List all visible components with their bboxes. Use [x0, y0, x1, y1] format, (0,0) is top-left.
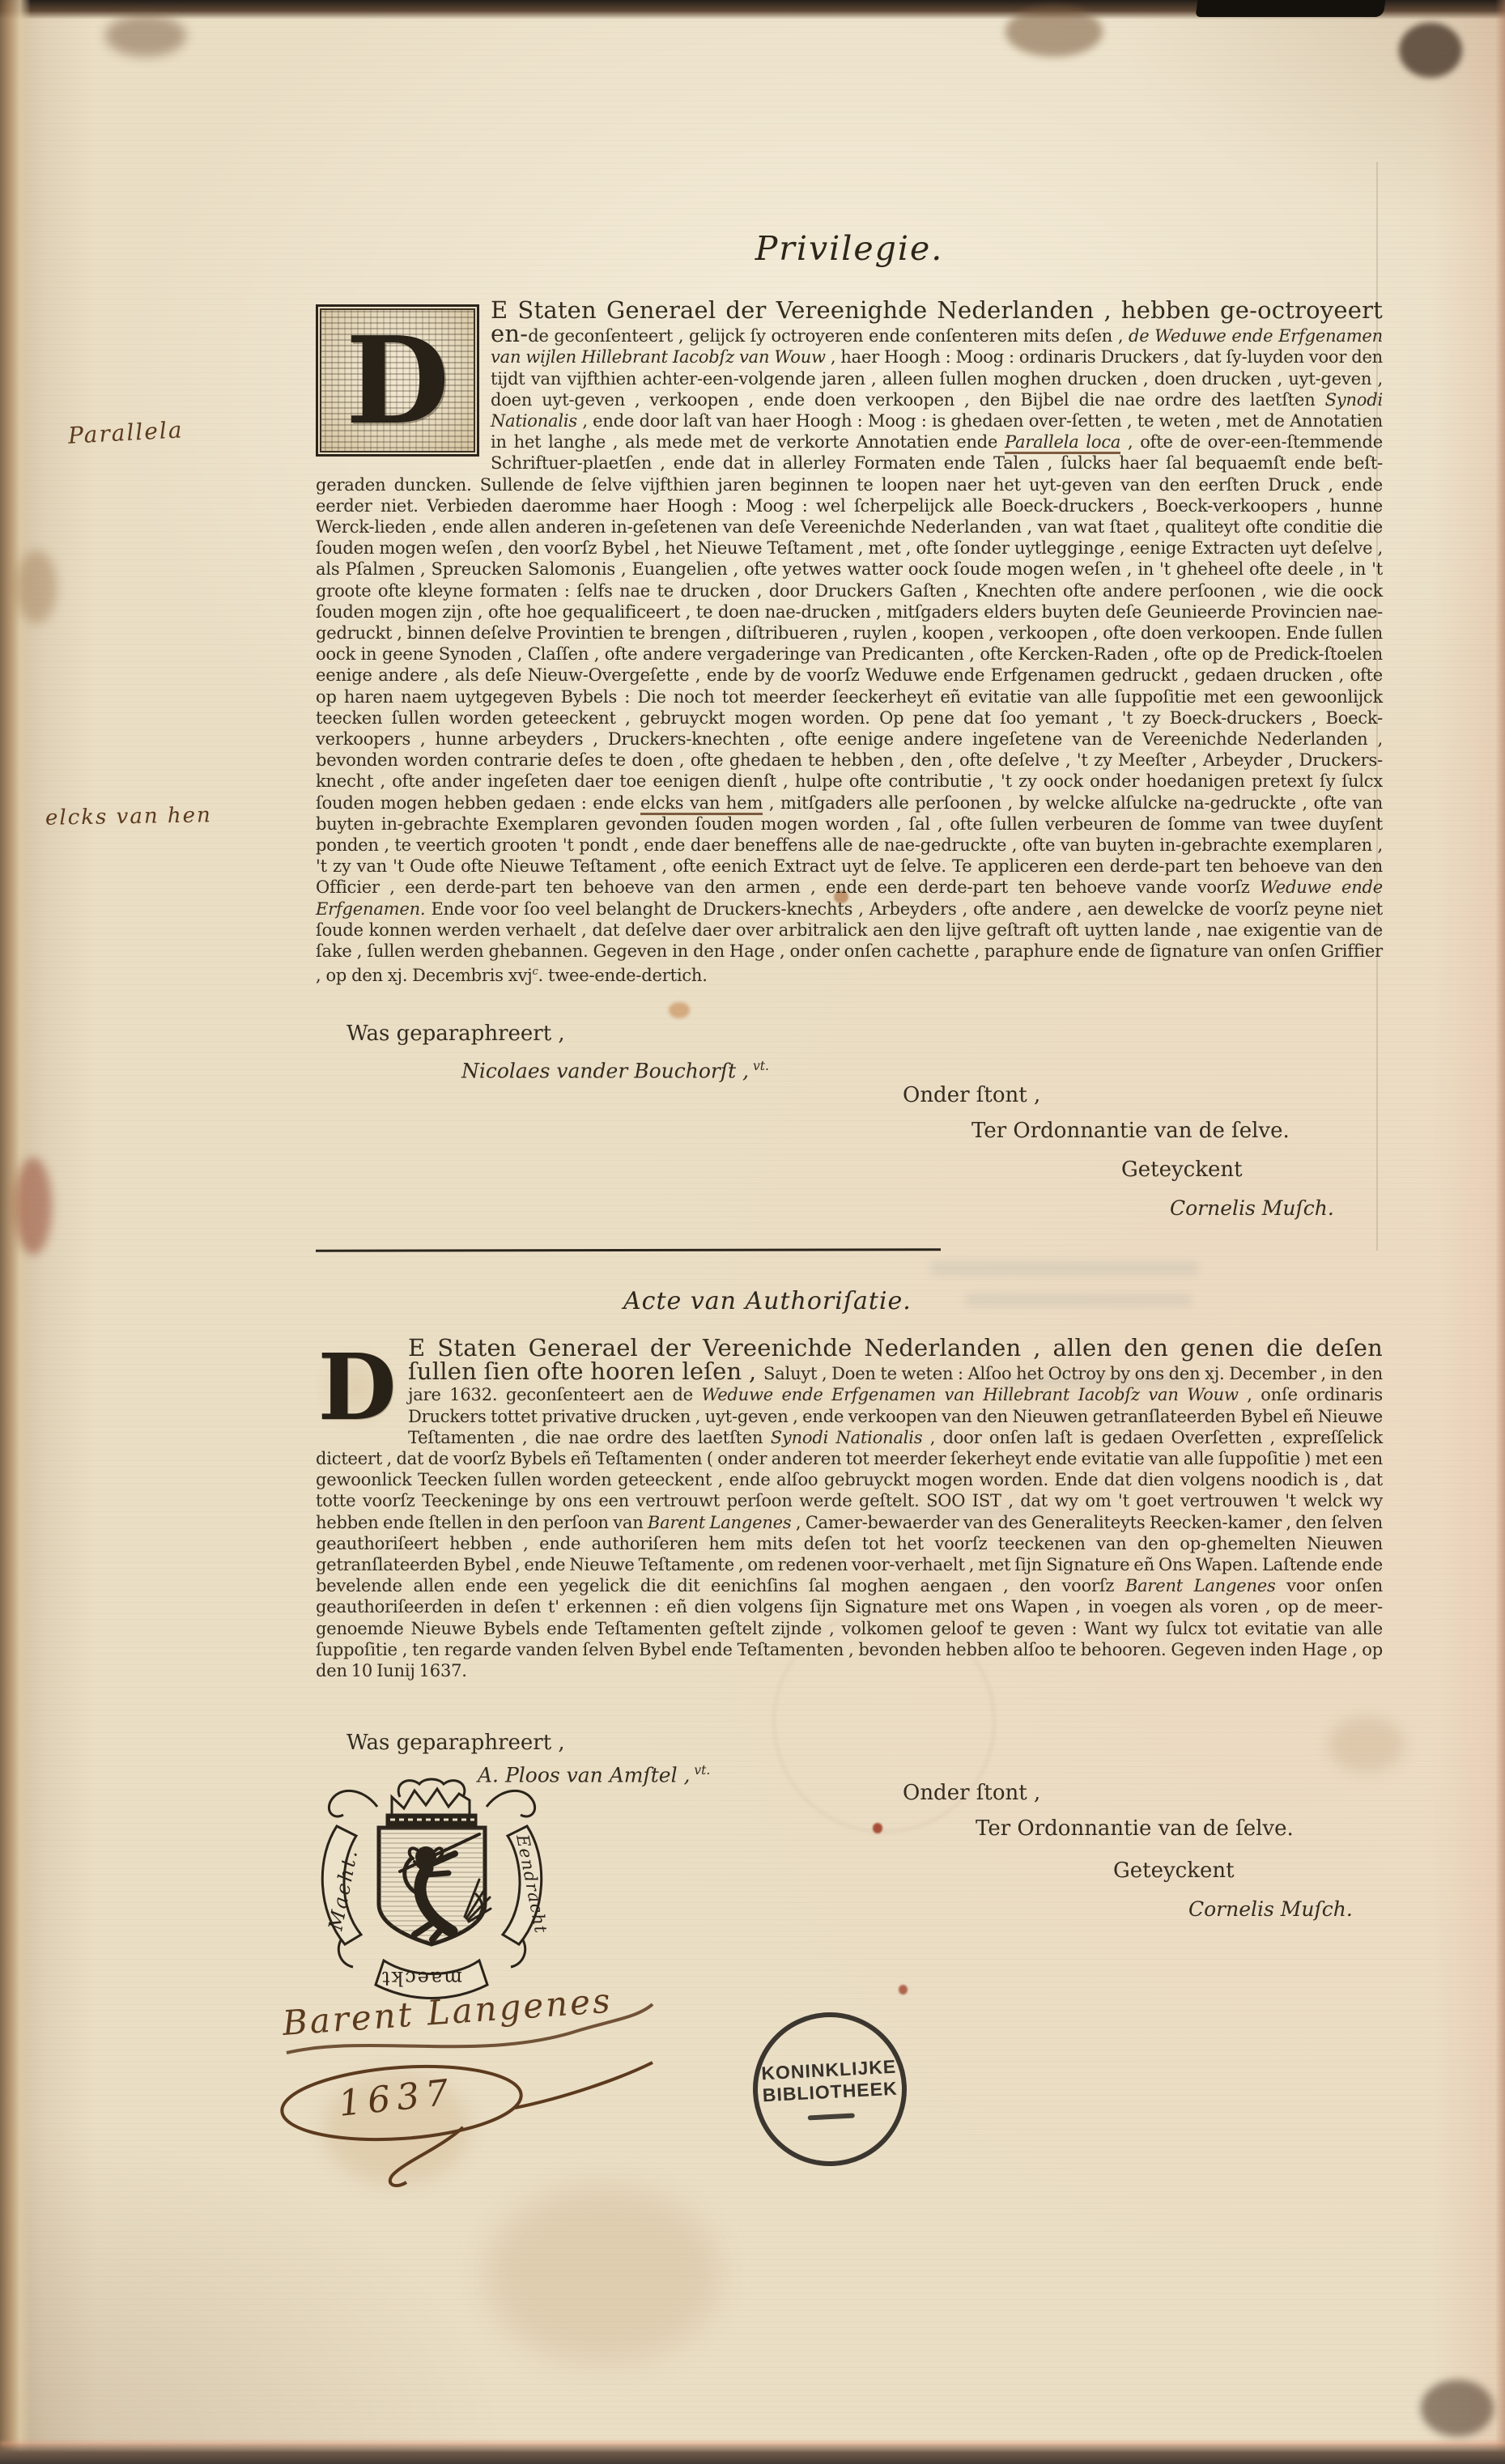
- sig1-paraph-label: Was geparaphreert ,: [346, 1022, 565, 1046]
- margin-note-elcks-van-hen: elcks van hen: [45, 803, 212, 831]
- stain: [16, 550, 57, 623]
- sig1-name: Nicolaes vander Bouchorſt , vt.: [461, 1059, 769, 1082]
- sig1-griffier-name: Cornelis Muſch.: [1170, 1196, 1334, 1220]
- stain: [15, 1158, 52, 1255]
- margin-note-parallela: Parallela: [67, 416, 184, 448]
- stain: [1421, 2380, 1494, 2436]
- sig2-ordonnantie: Ter Ordonnantie van de ſelve.: [976, 1816, 1294, 1841]
- verso-show-through: [931, 1261, 1198, 1276]
- stain: [486, 2186, 721, 2364]
- verso-show-through: [965, 1294, 1192, 1306]
- handwritten-year-oval: 1637: [279, 2059, 653, 2186]
- sig1-geteyckent: Geteyckent: [1121, 1158, 1243, 1182]
- woodcut-dropcap-d: D: [316, 304, 479, 457]
- koninklijke-bibliotheek-stamp: KONINKLIJKE BIBLIOTHEEK: [749, 2008, 911, 2170]
- sig1-onder-stont: Onder ſtont ,: [903, 1083, 1040, 1107]
- banner-right: Eendracht: [503, 1826, 551, 1944]
- banner-left: Macht.: [322, 1826, 362, 1944]
- sig2-griffier-name: Cornelis Muſch.: [1188, 1897, 1353, 1921]
- stain: [1399, 23, 1462, 78]
- stain: [1328, 1716, 1405, 1773]
- section-divider-rule: [316, 1248, 941, 1252]
- page-title: Privilegie.: [316, 229, 1383, 268]
- sig2-onder-stont: Onder ſtont ,: [903, 1781, 1040, 1805]
- sig1-ordonnantie: Ter Ordonnantie van de ſelve.: [971, 1119, 1290, 1143]
- acte-text: E Staten Generael der Vereenichde Nederl…: [316, 1340, 1383, 1680]
- handwritten-signature-block: Barent Langenes 1637: [272, 1985, 669, 2195]
- handwritten-year: 1637: [337, 2071, 457, 2125]
- stain: [899, 1985, 908, 1995]
- page-bottom-edge: [0, 2443, 1505, 2464]
- woodcut-dropcap-d-small: D: [316, 1340, 398, 1436]
- crown-icon: [387, 1789, 476, 1825]
- privilege-paragraph: DE Staten Generael der Vereenighde Neder…: [316, 300, 1383, 987]
- scanned-page: Privilegie. Parallela elcks van hen DE S…: [0, 0, 1505, 2464]
- acte-heading: Acte van Authoriſatie.: [623, 1287, 912, 1315]
- binding-fragment: [1196, 0, 1386, 17]
- sig2-geteyckent: Geteyckent: [1113, 1859, 1235, 1883]
- stamp-dash: [808, 2113, 855, 2120]
- stain: [1005, 6, 1103, 57]
- acte-paragraph: DE Staten Generael der Vereenichde Neder…: [316, 1337, 1383, 1681]
- sig2-paraph-label: Was geparaphreert ,: [346, 1731, 565, 1755]
- page-right-edge: [1495, 0, 1505, 2464]
- stain: [669, 1002, 690, 1018]
- stain: [105, 15, 186, 57]
